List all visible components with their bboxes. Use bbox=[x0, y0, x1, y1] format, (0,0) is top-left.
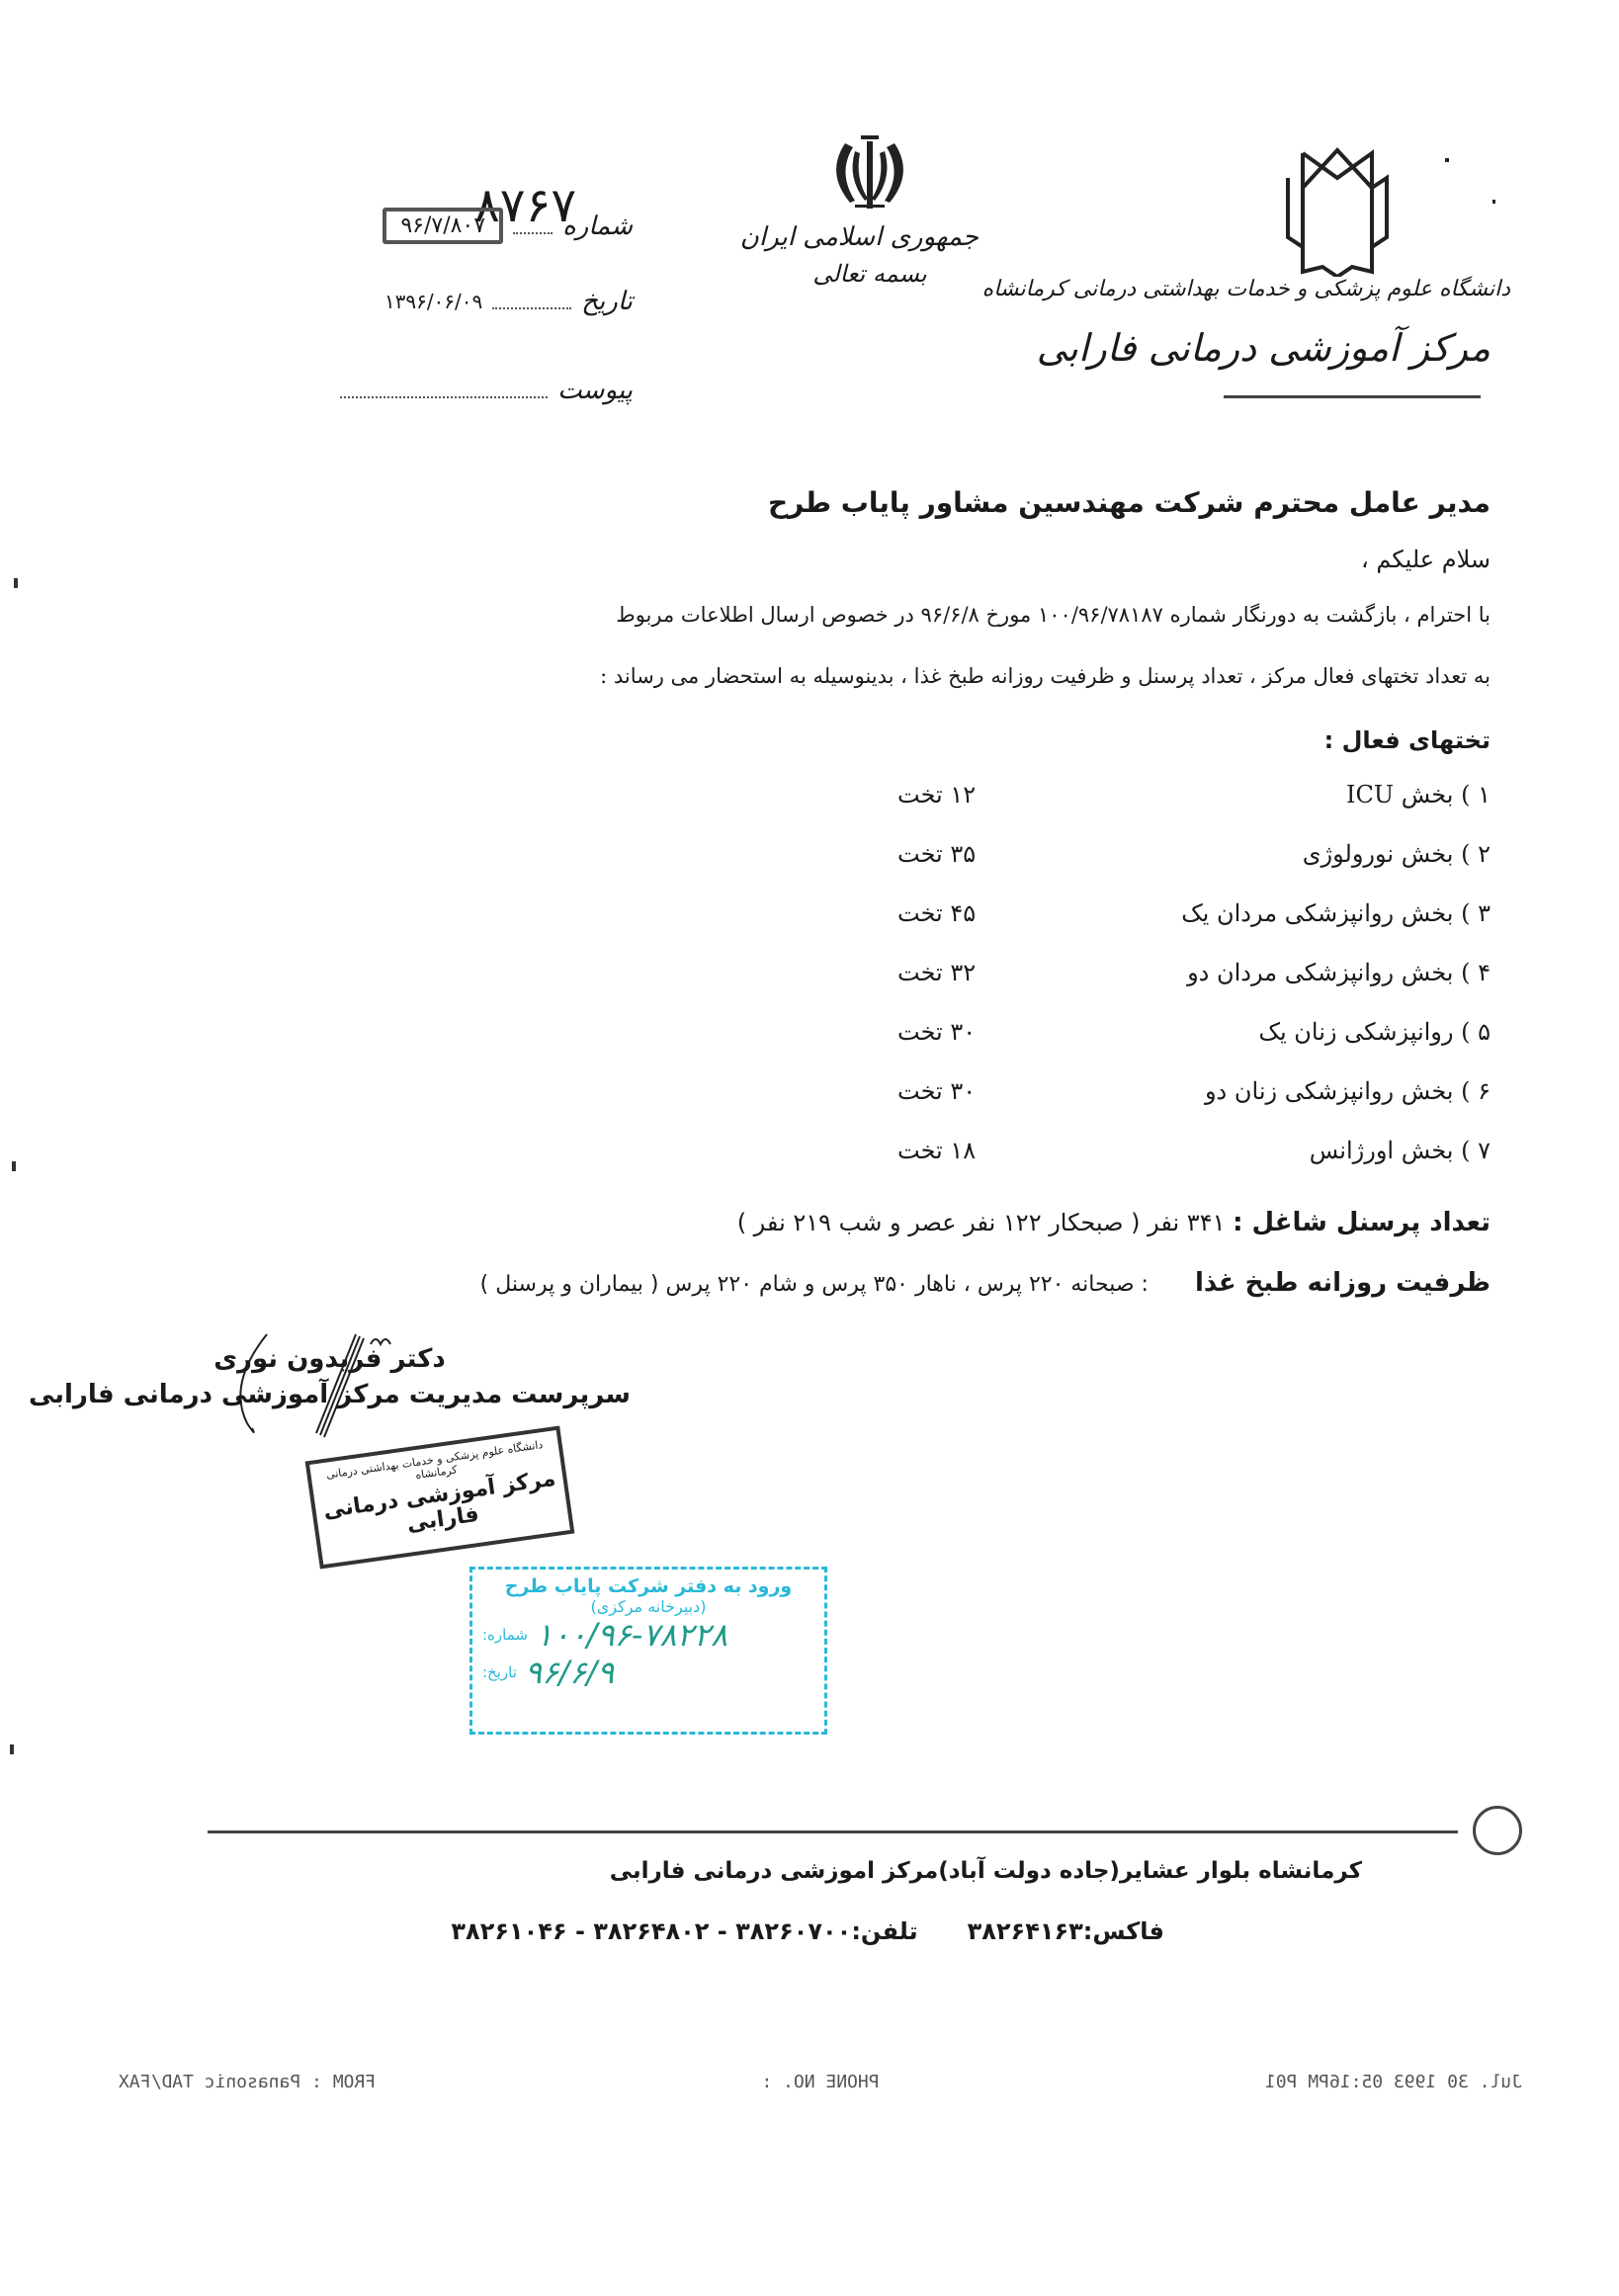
ward-name: ۶ ) بخش روانپزشکی زنان دو bbox=[1205, 1077, 1491, 1137]
list-item: ۳۲ تخت۴ ) بخش روانپزشکی مردان دو bbox=[897, 959, 1491, 1018]
footer-contacts: تلفن:۳۸۲۶۰۷۰۰ - ۳۸۲۶۴۸۰۲ - ۳۸۲۶۱۰۴۶ فاکس… bbox=[451, 1917, 1164, 1945]
bed-count: ۱۸ تخت bbox=[897, 1137, 1036, 1196]
ward-name: ۷ ) بخش اورژانس bbox=[1310, 1137, 1491, 1196]
list-item: ۱۲ تخت۱ ) بخش ICU bbox=[897, 781, 1491, 840]
receipt-number-row: شماره: ۱۰۰/۹۶-۷۸۲۲۸ bbox=[482, 1616, 814, 1654]
institution-stamp: دانشگاه علوم پزشکی و خدمات بهداشتی درمان… bbox=[305, 1425, 575, 1569]
list-item: ۴۵ تخت۳ ) بخش روانپزشکی مردان یک bbox=[897, 899, 1491, 959]
list-item: ۳۰ تخت۶ ) بخش روانپزشکی زنان دو bbox=[897, 1077, 1491, 1137]
bed-count: ۱۲ تخت bbox=[897, 781, 1036, 840]
receipt-title: ورود به دفتر شرکت پایاب طرح bbox=[482, 1575, 814, 1597]
margin-mark bbox=[12, 1161, 16, 1171]
iran-emblem-icon bbox=[825, 133, 914, 213]
phone-label: تلفن: bbox=[851, 1917, 917, 1945]
fax-value: ۳۸۲۶۴۱۶۳ bbox=[968, 1917, 1083, 1945]
receipt-date-row: تاریخ: ۹۶/۶/۹ bbox=[482, 1654, 814, 1691]
list-item: ۳۰ تخت۵ ) روانپزشکی زنان یک bbox=[897, 1018, 1491, 1077]
university-header: دانشگاه علوم پزشکی و خدمات بهداشتی درمان… bbox=[1115, 128, 1510, 415]
bed-count: ۳۰ تخت bbox=[897, 1077, 1036, 1137]
beds-list: ۱۲ تخت۱ ) بخش ICU ۳۵ تخت۲ ) بخش نورولوژی… bbox=[897, 781, 1491, 1196]
list-item: ۳۵ تخت۲ ) بخش نورولوژی bbox=[897, 840, 1491, 899]
fax: فاکس:۳۸۲۶۴۱۶۳ bbox=[968, 1917, 1164, 1945]
fax-from: FROM : Panasonic TAD/FAX bbox=[119, 2072, 376, 2101]
food-value: : صبحانه ۲۲۰ پرس ، ناهار ۳۵۰ پرس و شام ۲… bbox=[480, 1272, 1149, 1297]
attachment-row: پیوست bbox=[340, 376, 633, 405]
number-row: شماره ۹۶/۷/۸۰۷ bbox=[383, 208, 633, 244]
dotted-line bbox=[340, 396, 548, 398]
receipt-stamp: ورود به دفتر شرکت پایاب طرح (دبیرخانه مر… bbox=[469, 1567, 827, 1735]
bed-count: ۳۵ تخت bbox=[897, 840, 1036, 899]
fax-label: فاکس: bbox=[1083, 1917, 1164, 1945]
receipt-number-value: ۱۰۰/۹۶-۷۸۲۲۸ bbox=[536, 1616, 727, 1654]
receipt-date-label: تاریخ: bbox=[482, 1663, 517, 1681]
staff-count: تعداد پرسنل شاغل : ۳۴۱ نفر ( صبحکار ۱۲۲ … bbox=[737, 1208, 1491, 1237]
bed-count: ۳۲ تخت bbox=[897, 959, 1036, 1018]
signatory-title: سرپرست مدیریت مرکز آموزشی درمانی فارابی bbox=[29, 1380, 631, 1409]
letter-meta: شماره ۹۶/۷/۸۰۷ تاریخ ۱۳۹۶/۰۶/۰۹ پیوست bbox=[178, 178, 633, 425]
ward-name: ۳ ) بخش روانپزشکی مردان یک bbox=[1181, 899, 1491, 959]
ward-name: ۴ ) بخش روانپزشکی مردان دو bbox=[1187, 959, 1491, 1018]
date-value: ۱۳۹۶/۰۶/۰۹ bbox=[384, 290, 482, 313]
margin-mark bbox=[14, 578, 18, 588]
date-label: تاریخ bbox=[581, 287, 633, 316]
university-logo-icon bbox=[1283, 128, 1392, 277]
fax-header: FROM : Panasonic TAD/FAX PHONE NO. : Jul… bbox=[119, 2072, 1522, 2101]
republic-title: جمهوری اسلامی ایران bbox=[761, 222, 979, 252]
body-paragraph-1: با احترام ، بازگشت به دورنگار شماره ۱۰۰/… bbox=[225, 603, 1491, 627]
margin-dot bbox=[1492, 200, 1495, 204]
staff-label: تعداد پرسنل شاغل : bbox=[1233, 1208, 1491, 1237]
dotted-line bbox=[513, 232, 553, 234]
number-label: شماره bbox=[562, 212, 633, 241]
iran-emblem-block: جمهوری اسلامی ایران بسمه تعالی bbox=[761, 133, 979, 361]
phone-value: ۳۸۲۶۰۷۰۰ - ۳۸۲۶۴۸۰۲ - ۳۸۲۶۱۰۴۶ bbox=[451, 1917, 851, 1945]
body-paragraph-2: به تعداد تختهای فعال مرکز ، تعداد پرسنل … bbox=[225, 664, 1491, 688]
receipt-date-value: ۹۶/۶/۹ bbox=[525, 1654, 614, 1691]
recipient: مدیر عامل محترم شرکت مهندسین مشاور پایاب… bbox=[768, 486, 1491, 519]
number-stamp: ۹۶/۷/۸۰۷ bbox=[383, 208, 503, 244]
header-underline bbox=[1224, 395, 1481, 398]
receipt-number-label: شماره: bbox=[482, 1626, 528, 1644]
footer-address: کرمانشاه بلوار عشایر(جاده دولت آباد)مرکز… bbox=[610, 1858, 1362, 1884]
list-item: ۱۸ تخت۷ ) بخش اورژانس bbox=[897, 1137, 1491, 1196]
ward-name: ۲ ) بخش نورولوژی bbox=[1303, 840, 1491, 899]
ward-name: ۵ ) روانپزشکی زنان یک bbox=[1258, 1018, 1491, 1077]
food-capacity: ظرفیت روزانه طبخ غذا : صبحانه ۲۲۰ پرس ، … bbox=[480, 1268, 1491, 1298]
bismillah: بسمه تعالی bbox=[761, 260, 979, 288]
signatory-name: دکتر فریدون نوری bbox=[29, 1344, 631, 1374]
center-name: مرکز آموزشی درمانی فارابی bbox=[1037, 326, 1491, 370]
bed-count: ۳۰ تخت bbox=[897, 1018, 1036, 1077]
date-row: تاریخ ۱۳۹۶/۰۶/۰۹ bbox=[384, 287, 633, 316]
bed-count: ۴۵ تخت bbox=[897, 899, 1036, 959]
university-name: دانشگاه علوم پزشکی و خدمات بهداشتی درمان… bbox=[982, 277, 1510, 301]
signature-block: دکتر فریدون نوری سرپرست مدیریت مرکز آموز… bbox=[29, 1344, 631, 1409]
fax-phone: PHONE NO. : bbox=[761, 2072, 879, 2101]
phone: تلفن:۳۸۲۶۰۷۰۰ - ۳۸۲۶۴۸۰۲ - ۳۸۲۶۱۰۴۶ bbox=[451, 1917, 917, 1945]
dotted-line bbox=[492, 307, 571, 309]
circle-icon bbox=[1473, 1806, 1522, 1855]
ward-name: ۱ ) بخش ICU bbox=[1346, 781, 1491, 840]
greeting: سلام علیکم ، bbox=[1361, 546, 1491, 573]
food-label: ظرفیت روزانه طبخ غذا bbox=[1195, 1268, 1491, 1298]
beds-title: تختهای فعال : bbox=[1324, 726, 1491, 754]
margin-mark bbox=[10, 1744, 14, 1754]
fax-datetime: Jul. 30 1993 05:16PM P01 bbox=[1265, 2072, 1522, 2101]
staff-value: ۳۴۱ نفر ( صبحکار ۱۲۲ نفر عصر و شب ۲۱۹ نف… bbox=[737, 1209, 1226, 1236]
receipt-subtitle: (دبیرخانه مرکزی) bbox=[482, 1597, 814, 1616]
margin-dot bbox=[1445, 158, 1449, 162]
footer-rule bbox=[208, 1830, 1458, 1833]
attachment-label: پیوست bbox=[557, 376, 633, 405]
